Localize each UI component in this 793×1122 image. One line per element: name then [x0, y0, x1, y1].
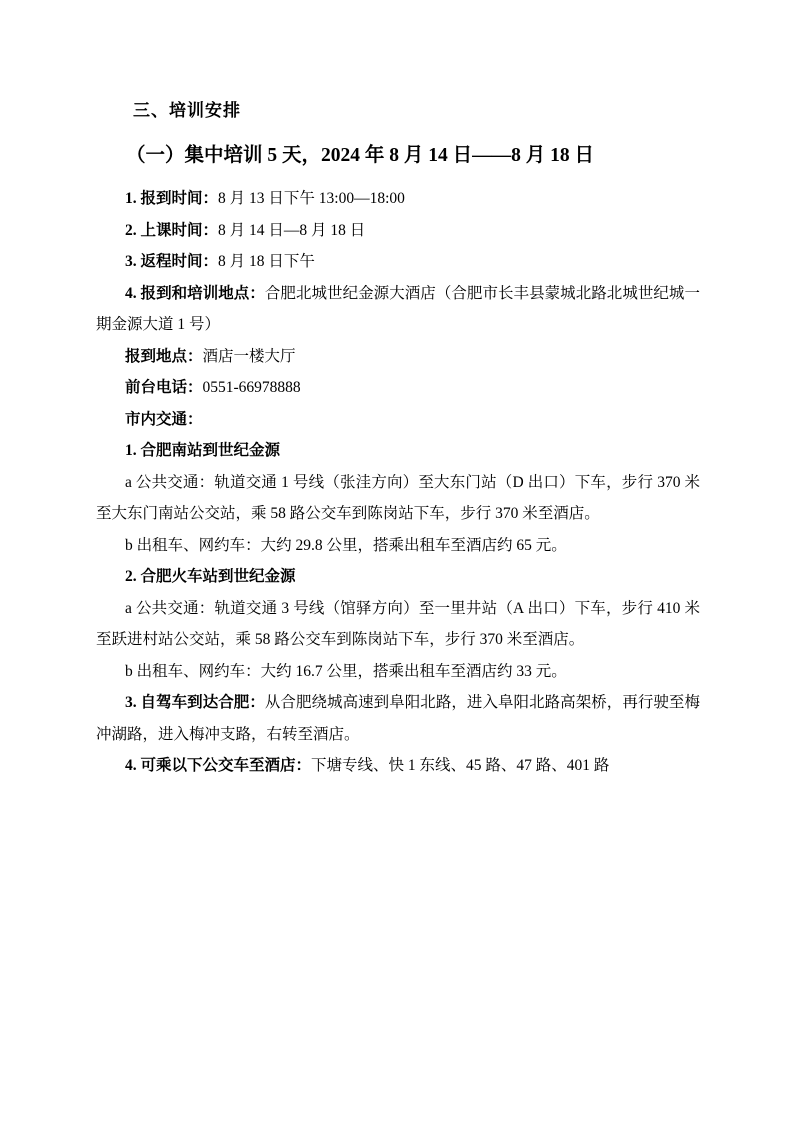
transport-route-public: a 公共交通：轨道交通 3 号线（馆驿方向）至一里井站（A 出口）下车，步行 4… — [96, 593, 700, 656]
final-label: 3. 自驾车到达合肥： — [125, 694, 265, 711]
final-text: 下塘专线、快 1 东线、45 路、47 路、401 路 — [311, 757, 609, 774]
info-item-checkin-location: 报到地点：酒店一楼大厅 — [96, 341, 700, 373]
info-item-class-time: 2. 上课时间：8 月 14 日—8 月 18 日 — [96, 215, 700, 247]
transport-route-taxi: b 出租车、网约车：大约 29.8 公里，搭乘出租车至酒店约 65 元。 — [96, 530, 700, 562]
info-item-training-location: 4. 报到和培训地点：合肥北城世纪金源大酒店（合肥市长丰县蒙城北路北城世纪城一期… — [96, 278, 700, 341]
final-item-self-driving: 3. 自驾车到达合肥：从合肥绕城高速到阜阳北路，进入阜阳北路高架桥，再行驶至梅冲… — [96, 687, 700, 750]
info-item-front-desk-phone: 前台电话：0551-66978888 — [96, 372, 700, 404]
transport-section-heading-south-station: 1. 合肥南站到世纪金源 — [96, 435, 700, 467]
info-label: 2. 上课时间： — [125, 222, 218, 239]
info-text: 8 月 13 日下午 13:00—18:00 — [218, 190, 405, 207]
info-text: 酒店一楼大厅 — [203, 348, 296, 365]
document-page: 三、培训安排 （一）集中培训 5 天，2024 年 8 月 14 日——8 月 … — [0, 0, 793, 1122]
transport-section-heading-railway-station: 2. 合肥火车站到世纪金源 — [96, 561, 700, 593]
document-content: 三、培训安排 （一）集中培训 5 天，2024 年 8 月 14 日——8 月 … — [96, 99, 700, 782]
section-heading: 三、培训安排 — [96, 99, 700, 122]
info-text: 0551-66978888 — [203, 379, 301, 396]
info-label: 报到地点： — [125, 348, 203, 365]
info-label: 前台电话： — [125, 379, 203, 396]
info-label: 4. 报到和培训地点： — [125, 285, 265, 302]
subsection-heading: （一）集中培训 5 天，2024 年 8 月 14 日——8 月 18 日 — [96, 141, 700, 170]
info-item-return-time: 3. 返程时间：8 月 18 日下午 — [96, 246, 700, 278]
transport-route-taxi: b 出租车、网约车：大约 16.7 公里，搭乘出租车至酒店约 33 元。 — [96, 656, 700, 688]
info-text: 8 月 14 日—8 月 18 日 — [218, 222, 365, 239]
info-text: 8 月 18 日下午 — [218, 253, 315, 270]
info-label: 3. 返程时间： — [125, 253, 218, 270]
final-label: 4. 可乘以下公交车至酒店： — [125, 757, 311, 774]
info-item-city-transport: 市内交通： — [96, 404, 700, 436]
info-label: 市内交通： — [125, 411, 203, 428]
final-item-bus-lines: 4. 可乘以下公交车至酒店：下塘专线、快 1 东线、45 路、47 路、401 … — [96, 750, 700, 782]
info-label: 1. 报到时间： — [125, 190, 218, 207]
transport-route-public: a 公共交通：轨道交通 1 号线（张洼方向）至大东门站（D 出口）下车，步行 3… — [96, 467, 700, 530]
info-item-checkin-time: 1. 报到时间：8 月 13 日下午 13:00—18:00 — [96, 183, 700, 215]
